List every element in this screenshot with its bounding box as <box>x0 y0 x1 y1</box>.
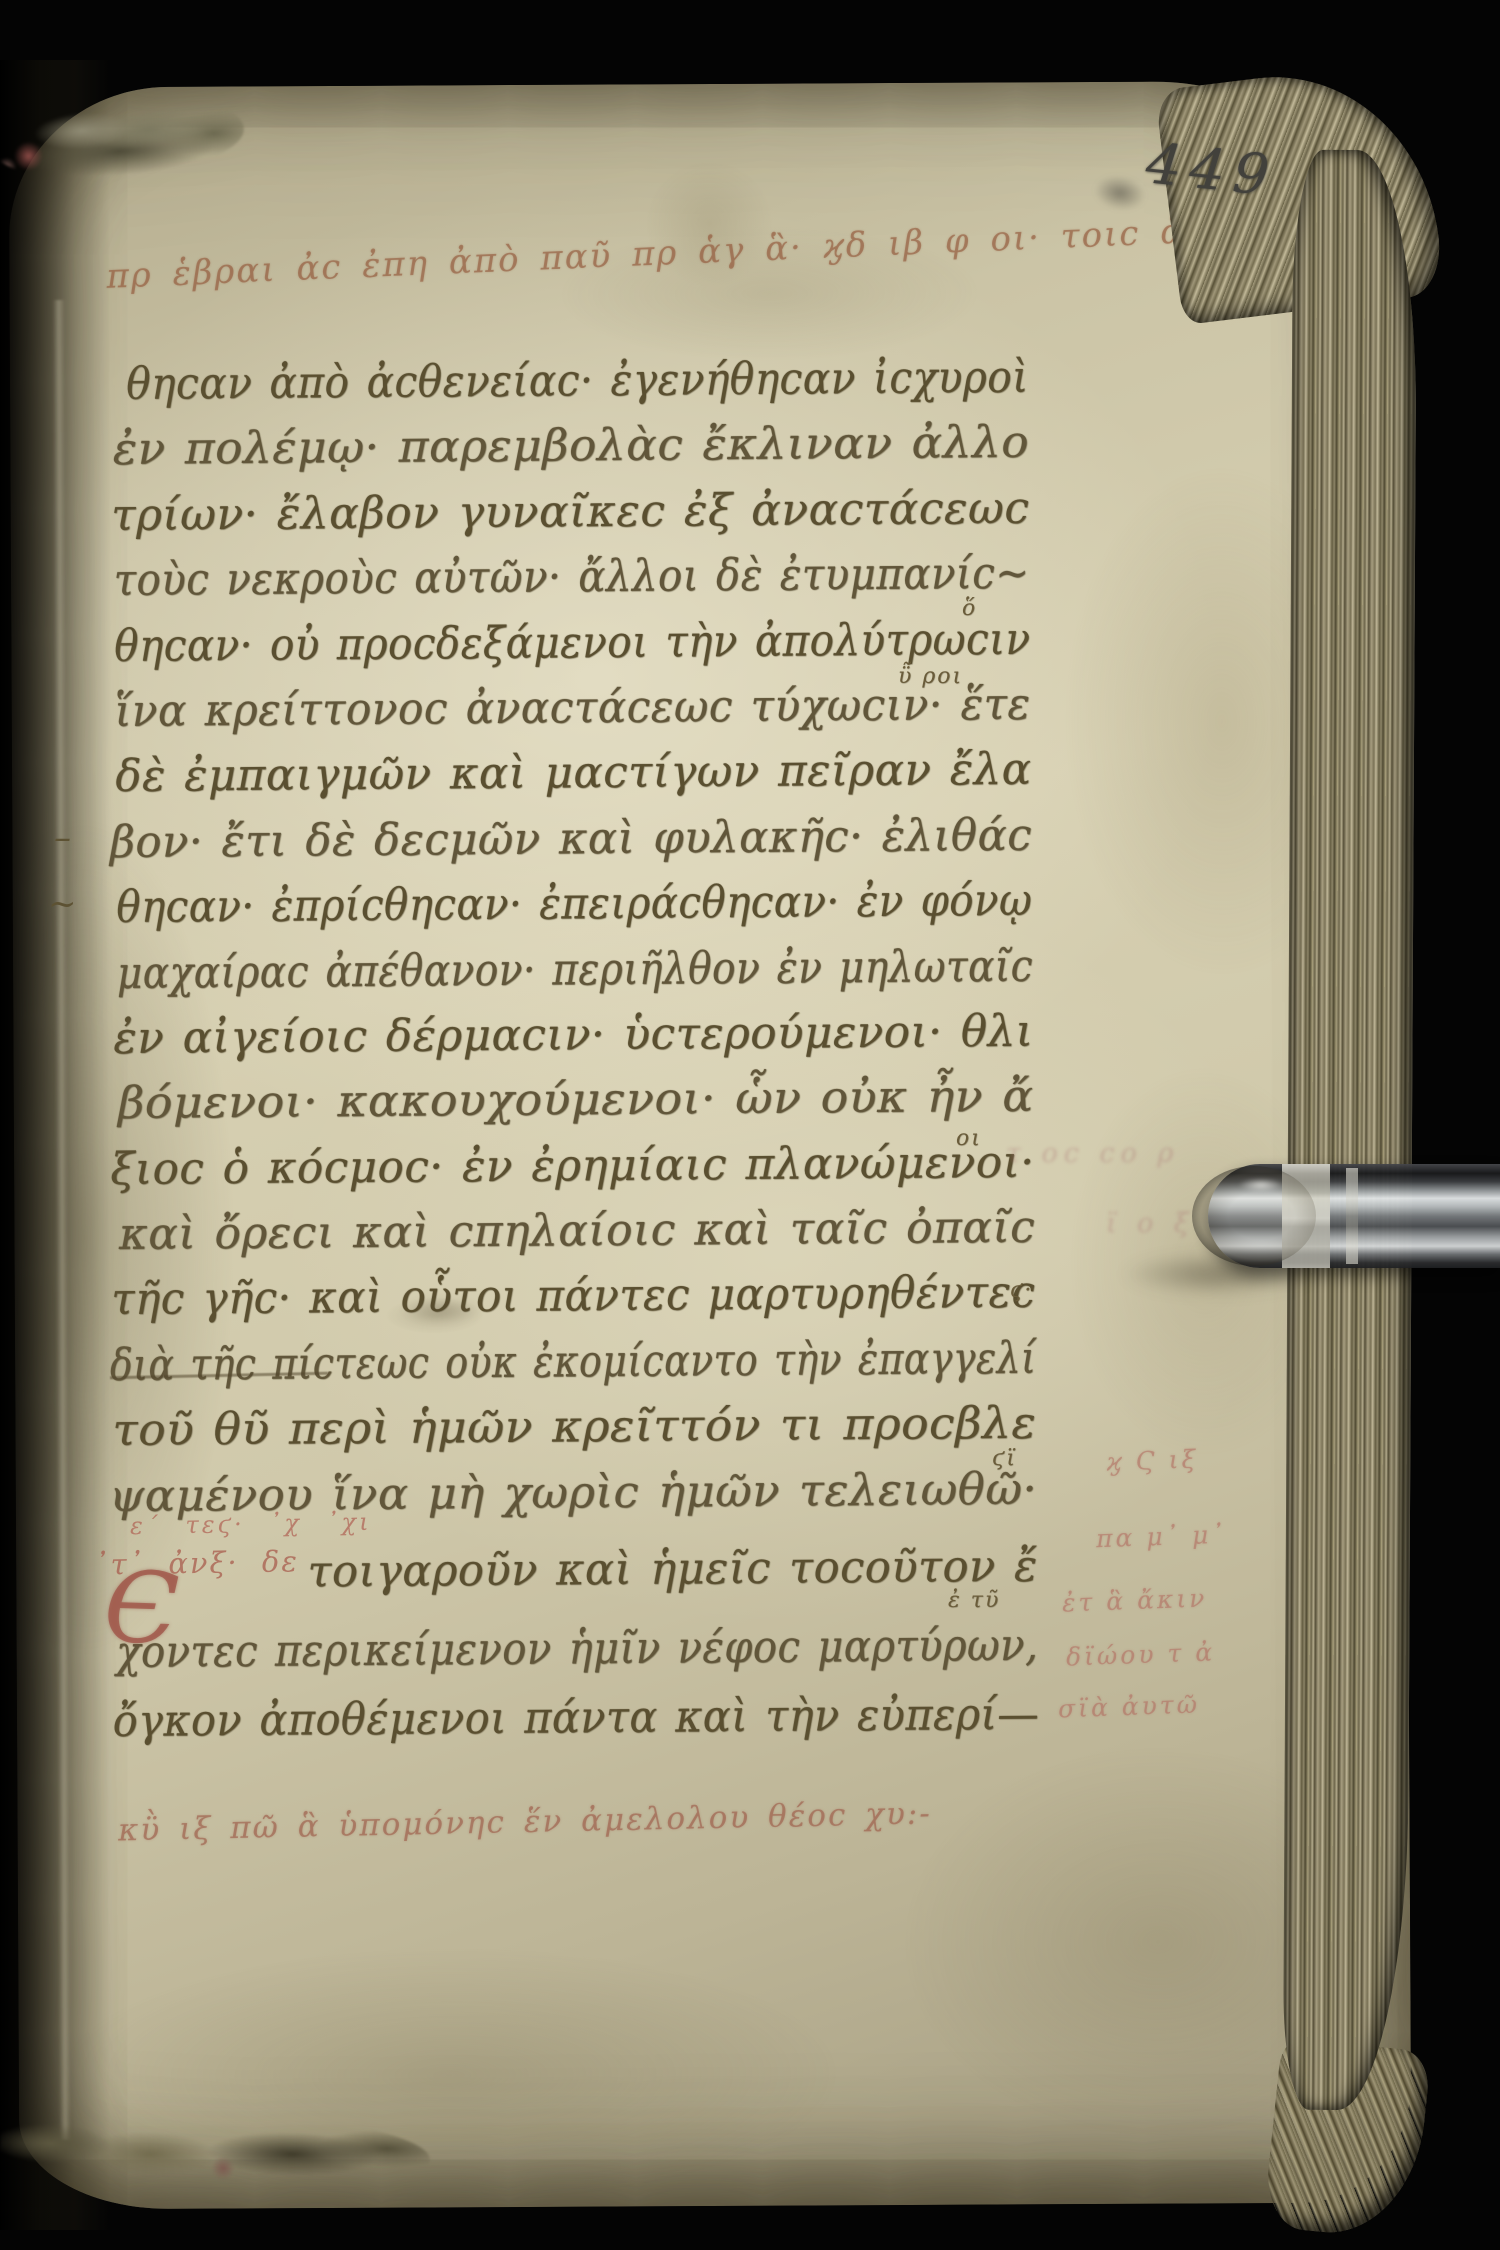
text-line-ink: τοὺϲ νεκροὺϲ αὐτῶν· ἄλλοι δὲ ἐτυμπανίϲ~ <box>114 541 1030 614</box>
text-line: ἵνα κρείττονοϲ ἀναϲτάϲεωϲ τύχωϲιν· ἕτε <box>115 672 1031 745</box>
text-line-ink: τοῦ θῦ περὶ ἡμῶν κρεῖττόν τι προϲβλε <box>112 1391 1036 1464</box>
text-line: τοὺϲ νεκροὺϲ αὐτῶν· ἄλλοι δὲ ἐτυμπανίϲ~ <box>114 541 1030 614</box>
text-line-ink: τοιγαροῦν καὶ ἡμεῖϲ τοϲοῦτον ἔ <box>307 1534 1038 1605</box>
text-line-ink: βον· ἔτι δὲ δεϲμῶν καὶ φυλακῆϲ· ἐλιθάϲ <box>110 803 1033 876</box>
glass-page-weight-rod <box>1208 1164 1500 1268</box>
text-line-ink: χοντεϲ περικείμενον ἡμῖν νέφοϲ μαρτύρων, <box>116 1611 1039 1687</box>
text-line-ink: ἐν αἰγείοιϲ δέρμαϲιν· ὑϲτερούμενοι· θλι <box>113 999 1033 1072</box>
rod-glint-highlight <box>1238 1178 1284 1192</box>
faded-ink-trace: τ οϲ ϲο ρ <box>1006 1138 1179 1169</box>
rod-refraction-band-thin <box>1346 1168 1358 1264</box>
interlinear-gloss: οι <box>956 1126 982 1151</box>
margin-note-line: πα μ᾽ μ᾽ <box>1096 1520 1228 1554</box>
interlinear-gloss: ϛϊ <box>992 1446 1017 1471</box>
text-line-ink: ξιοϲ ὁ κόϲμοϲ· ἐν ἐρημίαιϲ πλανώμενοι· <box>110 1129 1035 1202</box>
text-line: ὄγκον ἀποθέμενοι πάντα καὶ τὴν εὐπερί— <box>112 1680 1039 1756</box>
margin-note-line: ϗ Ϛ ιξ <box>1106 1444 1199 1476</box>
text-line-ink: τῆϲ γῆϲ· καὶ οὗτοι πάντεϲ μαρτυρηθέντεϲ <box>111 1260 1036 1333</box>
margin-note-line: ἐτ ἃ ἄκιν <box>1062 1583 1208 1617</box>
text-line: θηϲαν· οὐ προϲδεξάμενοι τὴν ἀπολύτρωϲιν <box>114 606 1030 679</box>
text-line: ξιοϲ ὁ κόϲμοϲ· ἐν ἐρημίαιϲ πλανώμενοι· <box>110 1129 1034 1202</box>
manuscript-photograph: 449 πρ ἑβραι ἀϲ ἐπη ἀπὸ παῦ πρ ἁγ ἃ· ϗδ … <box>0 0 1500 2250</box>
faded-ink-trace: ϊ ο ξ <box>1106 1208 1195 1239</box>
text-line: βον· ἔτι δὲ δεϲμῶν καὶ φυλακῆϲ· ἐλιθάϲ <box>110 803 1032 876</box>
text-line: τῆϲ γῆϲ· καὶ οὗτοι πάντεϲ μαρτυρηθέντεϲ <box>111 1260 1035 1333</box>
text-line: ἐν αἰγείοιϲ δέρμαϲιν· ὑϲτερούμενοι· θλι <box>113 999 1033 1072</box>
text-line-ink: θηϲαν· ἐπρίϲθηϲαν· ἐπειράϲθηϲαν· ἐν φόνῳ <box>116 868 1032 941</box>
folio-number: 449 <box>1143 131 1280 209</box>
margin-note-line: σϊὰ ἀυτῶ <box>1058 1690 1201 1724</box>
text-line: τοῦ θῦ περὶ ἡμῶν κρεῖττόν τι προϲβλε <box>112 1391 1036 1464</box>
text-line: δὲ ἐμπαιγμῶν καὶ μαϲτίγων πεῖραν ἔλα <box>115 737 1031 810</box>
text-line-ink: δὲ ἐμπαιγμῶν καὶ μαϲτίγων πεῖραν ἔλα <box>115 737 1032 810</box>
text-line: θηϲαν ἀπὸ ἀϲθενείαϲ· ἐγενήθηϲαν ἰϲχυροὶ <box>126 345 1028 417</box>
text-line-ink: διὰ τῆϲ πίϲτεωϲ οὐκ ἐκομίϲαντο τὴν ἐπαγγ… <box>110 1326 1037 1399</box>
text-line: καὶ ὄρεϲι καὶ ϲπηλαίοιϲ καὶ ταῖϲ ὀπαῖϲ <box>119 1195 1035 1268</box>
text-line-ink: θηϲαν· οὐ προϲδεξάμενοι τὴν ἀπολύτρωϲιν <box>114 606 1031 679</box>
text-line-ink: μαχαίραϲ ἀπέθανον· περιῆλθον ἐν μηλωταῖϲ <box>117 933 1034 1006</box>
text-line: διὰ τῆϲ πίϲτεωϲ οὐκ ἐκομίϲαντο τὴν ἐπαγγ… <box>110 1326 1036 1399</box>
text-line: ἐν πολέμῳ· παρεμβολὰϲ ἔκλιναν ἀλλο <box>113 410 1029 483</box>
interlinear-gloss: ὅ <box>962 596 977 621</box>
text-line: τρίων· ἔλαβον γυναῖκεϲ ἐξ ἀναϲτάϲεωϲ <box>111 476 1029 549</box>
margin-quote-mark: – <box>54 818 71 858</box>
text-line-ink: καὶ ὄρεϲι καὶ ϲπηλαίοιϲ καὶ ταῖϲ ὀπαῖϲ <box>119 1195 1036 1268</box>
lection-mark-telos: ε΄ τεϛ· ᾽χ ᾽χι <box>130 1508 372 1540</box>
text-line: μαχαίραϲ ἀπέθανον· περιῆλθον ἐν μηλωταῖϲ <box>117 933 1033 1006</box>
text-line-ink: θηϲαν ἀπὸ ἀϲθενείαϲ· ἐγενήθηϲαν ἰϲχυροὶ <box>126 345 1029 417</box>
interlinear-gloss: ῧ ροι <box>898 664 963 689</box>
margin-note-line: δϊώου τ ἀ <box>1066 1637 1216 1671</box>
interlinear-gloss: ϛ· <box>1010 1278 1033 1303</box>
text-line-ink: βόμενοι· κακουχούμενοι· ὧν οὐκ ἦν ἄ <box>118 1064 1034 1137</box>
ink-blotch <box>400 1296 484 1324</box>
interlinear-gloss: ἐ τῦ <box>948 1588 1000 1613</box>
text-line: θηϲαν· ἐπρίϲθηϲαν· ἐπειράϲθηϲαν· ἐν φόνῳ <box>116 868 1032 941</box>
text-line: βόμενοι· κακουχούμενοι· ὧν οὐκ ἦν ἄ <box>118 1064 1034 1137</box>
text-line: χοντεϲ περικείμενον ἡμῖν νέφοϲ μαρτύρων, <box>116 1611 1039 1687</box>
lection-mark-arche: ᾽τ᾽ ἀνξ· δε <box>94 1544 299 1582</box>
text-line-ink: ὄγκον ἀποθέμενοι πάντα καὶ τὴν εὐπερί— <box>112 1680 1039 1756</box>
margin-quote-mark: ~ <box>48 884 77 924</box>
fore-edge-page-stack <box>1283 150 1417 2111</box>
text-line-ink: τρίων· ἔλαβον γυναῖκεϲ ἐξ ἀναϲτάϲεωϲ <box>111 476 1030 549</box>
text-line-ink: ἵνα κρείττονοϲ ἀναϲτάϲεωϲ τύχωϲιν· ἕτε <box>115 672 1031 745</box>
text-line-ink: ἐν πολέμῳ· παρεμβολὰϲ ἔκλιναν ἀλλο <box>113 410 1030 483</box>
